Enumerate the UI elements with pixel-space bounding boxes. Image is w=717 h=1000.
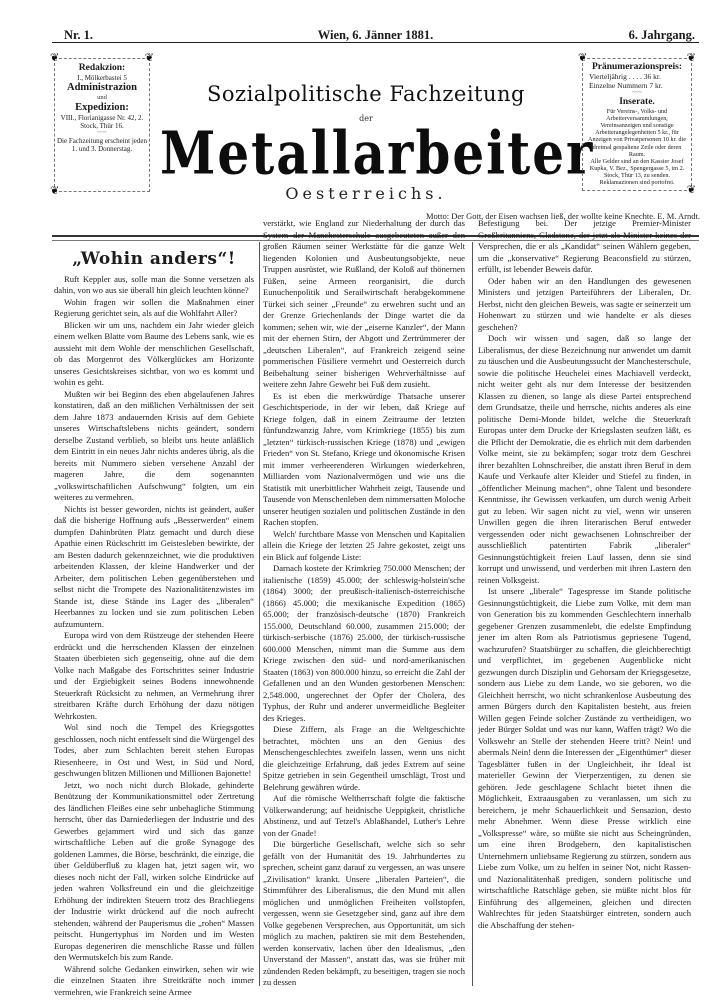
paragraph: Welch' furchtbare Masse von Menschen und… <box>263 529 465 564</box>
ornament-icon: ❦ <box>578 53 587 64</box>
paragraph: Wohin fragen wir sollen die Maßnahmen ei… <box>54 297 254 320</box>
header-rule <box>52 42 699 43</box>
masthead-region: Oesterreichs. <box>150 184 582 203</box>
subscription-info-box: ❦ ❦ ❦ Pränumerazionspreis: Vierteljährig… <box>582 58 692 191</box>
paragraph: Darnach kostete der Krimkrieg 750.000 Me… <box>263 563 465 724</box>
volume-year: 6. Jahrgang. <box>629 28 695 43</box>
paragraph: Nichts ist besser geworden, nichts ist g… <box>54 504 254 631</box>
article-column-1: „Wohin anders“! Ruft Keppler aus, solle … <box>54 248 254 998</box>
editorial-info-box: ❦ ❦ ❦ Redakzion: I., Mölkerbastei 5 Admi… <box>54 58 150 192</box>
ornament-icon: ❦ <box>687 53 696 64</box>
price-single: Einzelne Nummern 7 kr. <box>583 82 691 91</box>
paragraph: Ruft Keppler aus, solle man die Sonne ve… <box>54 274 254 297</box>
masthead-title: Metallarbeiter <box>160 118 572 188</box>
paragraph: Es ist eben die merkwürdige Thatsache un… <box>263 391 465 529</box>
redaction-label: Redakzion: <box>55 63 149 74</box>
paragraph: Auf die römische Weltherrschaft folgte d… <box>263 793 465 839</box>
paragraph: Oder haben wir an den Handlungen des gew… <box>478 276 691 334</box>
ads-text: Für Vereins-, Volks- und Arbeiterversamm… <box>583 108 691 158</box>
and-label: und <box>55 94 149 101</box>
paragraph: Blicken wir um uns, nachdem ein Jahr wie… <box>54 320 254 389</box>
paragraph: Europa wird von dem Rüstzeuge der stehen… <box>54 630 254 722</box>
article-column-2: verstärkt, wie England zur Niederhaltung… <box>263 218 465 989</box>
masthead-subtitle: Sozialpolitische Fachzeitung <box>150 82 582 106</box>
dateline: Wien, 6. Jänner 1881. <box>52 28 699 43</box>
column-divider <box>472 242 473 986</box>
expedition-label: Expedizion: <box>55 102 149 114</box>
expedition-address: VIII., Florianigasse Nr. 42, 2. Stock, T… <box>55 114 149 130</box>
paragraph: Jetzt, wo noch nicht durch Blokade, gehi… <box>54 780 254 964</box>
publication-schedule: Die Fachzeitung erscheint jeden 1. und 3… <box>55 137 149 153</box>
paragraph: Ist unsere „liberale“ Tagespresse im Sta… <box>478 586 691 931</box>
paragraph: verstärkt, wie England zur Niederhaltung… <box>263 218 465 391</box>
ads-label: Inserate. <box>583 97 691 108</box>
paragraph: Diese Ziffern, als Frage an die Weltgesc… <box>263 724 465 793</box>
separator: ~~~ <box>583 90 691 97</box>
ornament-icon: ❦ <box>50 53 59 64</box>
money-text: Alle Gelder sind an den Kassier Josef Ku… <box>583 158 691 179</box>
paragraph: Doch wir wissen und sagen, daß so lange … <box>478 333 691 586</box>
article-column-3: Befestigung bei. Der jetzige Premier-Min… <box>478 218 691 931</box>
ornament-icon: ❦ <box>50 186 59 197</box>
paragraph: Wol sind noch die Tempel des Kriegsgotte… <box>54 722 254 780</box>
ornament-icon: ❦ <box>687 185 696 196</box>
separator: ~~~ <box>55 130 149 137</box>
article-headline: „Wohin anders“! <box>54 254 254 266</box>
column-divider <box>259 242 260 986</box>
paragraph: Während solche Gedanken einwirken, sehen… <box>54 964 254 999</box>
redaction-address: I., Mölkerbastei 5 <box>55 74 149 82</box>
paragraph: Befestigung bei. Der jetzige Premier-Min… <box>478 218 691 276</box>
paragraph: Die bürgerliche Gesellschaft, welche sic… <box>263 839 465 989</box>
ornament-icon: ❦ <box>145 53 154 64</box>
administration-label: Administrazion <box>55 82 149 94</box>
paragraph: Mußten wir bei Beginn des eben abgelaufe… <box>54 389 254 504</box>
newspaper-page: Nr. 1. Wien, 6. Jänner 1881. 6. Jahrgang… <box>0 0 717 1000</box>
complaints-text: Reklamazionen sind portofrei. <box>583 179 691 186</box>
